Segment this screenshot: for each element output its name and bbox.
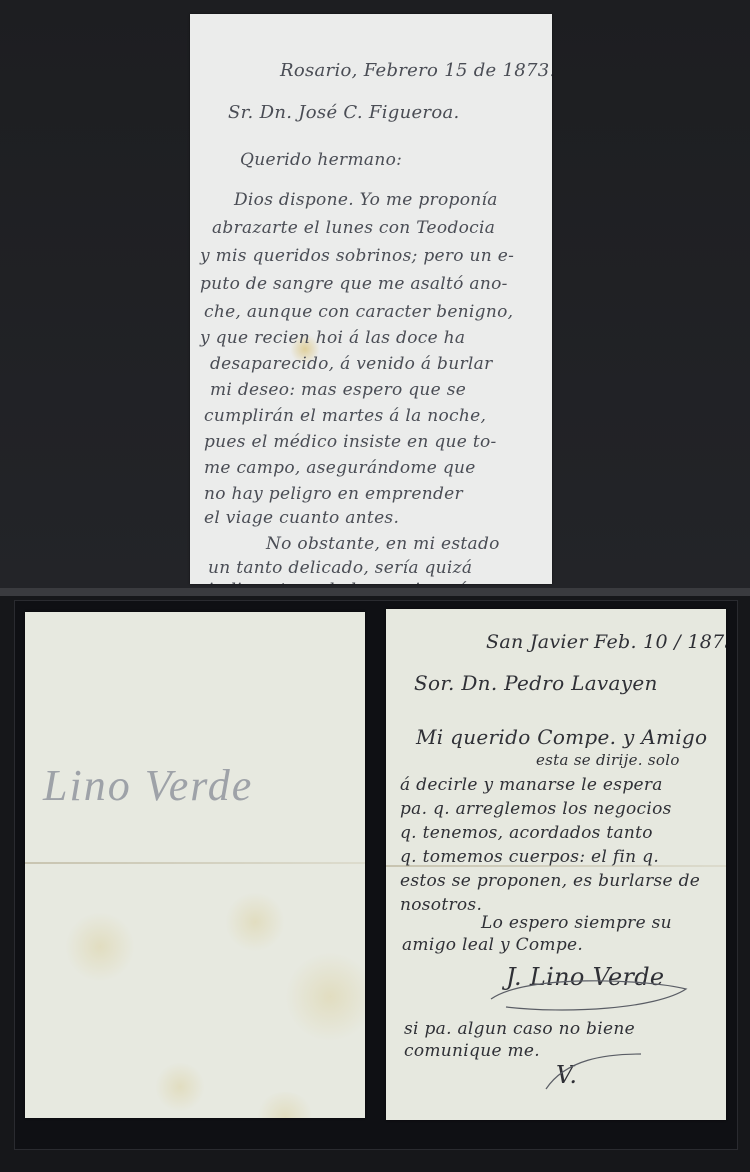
closing-line: Lo espero siempre su	[481, 913, 672, 933]
postscript-line: comunique me.	[404, 1041, 540, 1061]
body-line: estos se proponen, es burlarse de	[400, 871, 700, 891]
age-stain	[155, 1062, 205, 1112]
body-line: pa. q. arreglemos los negocios	[400, 799, 672, 819]
body-line: q. tenemos, acordados tanto	[400, 823, 653, 843]
dateline: San Javier Feb. 10 / 1875	[486, 631, 726, 653]
salutation: Mi querido Compe. y Amigo	[416, 725, 707, 749]
body-line: mi deseo: mas espero que se	[210, 380, 466, 400]
closing-line: amigo leal y Compe.	[402, 935, 583, 955]
body-line: indiscreto, cabalgar quince á	[208, 580, 468, 584]
body-line: el viage cuanto antes.	[204, 508, 399, 528]
fold-crease	[25, 862, 365, 864]
body-line: esta se dirije. solo	[536, 751, 680, 769]
body-line: cumplirán el martes á la noche,	[204, 406, 486, 426]
body-line: un tanto delicado, sería quizá	[208, 558, 472, 578]
postscript-line: si pa. algun caso no biene	[404, 1019, 635, 1039]
age-stain	[255, 1092, 315, 1118]
body-line: nosotros.	[400, 895, 482, 915]
body-line: y que recien hoi á las doce ha	[200, 328, 465, 348]
body-line: me campo, asegurándome que	[204, 458, 476, 478]
body-line: no hay peligro en emprender	[204, 484, 463, 504]
board-divider	[0, 588, 750, 596]
body-line: Dios dispone. Yo me proponía	[234, 190, 498, 210]
salutation: Querido hermano:	[240, 150, 402, 170]
addressee: Sor. Dn. Pedro Lavayen	[414, 671, 658, 695]
body-line: abrazarte el lunes con Teodocia	[212, 218, 495, 238]
age-stain	[65, 912, 135, 982]
dateline: Rosario, Febrero 15 de 1873.	[280, 60, 552, 81]
body-line: á decirle y manarse le espera	[400, 775, 663, 795]
letter-san-javier-1875: San Javier Feb. 10 / 1875 Sor. Dn. Pedro…	[386, 609, 726, 1120]
body-line: q. tomemos cuerpos: el fin q.	[400, 847, 659, 867]
letter-pencil-note: Lino Verde	[25, 612, 365, 1118]
body-line: pues el médico insiste en que to-	[204, 432, 497, 452]
body-line: No obstante, en mi estado	[266, 534, 500, 554]
body-line: desaparecido, á venido á burlar	[210, 354, 493, 374]
letter-rosario-1873: Rosario, Febrero 15 de 1873. Sr. Dn. Jos…	[190, 14, 552, 584]
addressee: Sr. Dn. José C. Figueroa.	[228, 102, 460, 123]
initial-flourish-icon	[536, 1049, 646, 1099]
age-stain	[285, 952, 365, 1042]
pencil-note: Lino Verde	[43, 760, 253, 811]
signature-flourish-icon	[486, 969, 696, 1019]
body-line: che, aunque con caracter benigno,	[204, 302, 513, 322]
body-line: y mis queridos sobrinos; pero un e-	[200, 246, 514, 266]
body-line: puto de sangre que me asaltó ano-	[200, 274, 508, 294]
age-stain	[225, 892, 285, 952]
